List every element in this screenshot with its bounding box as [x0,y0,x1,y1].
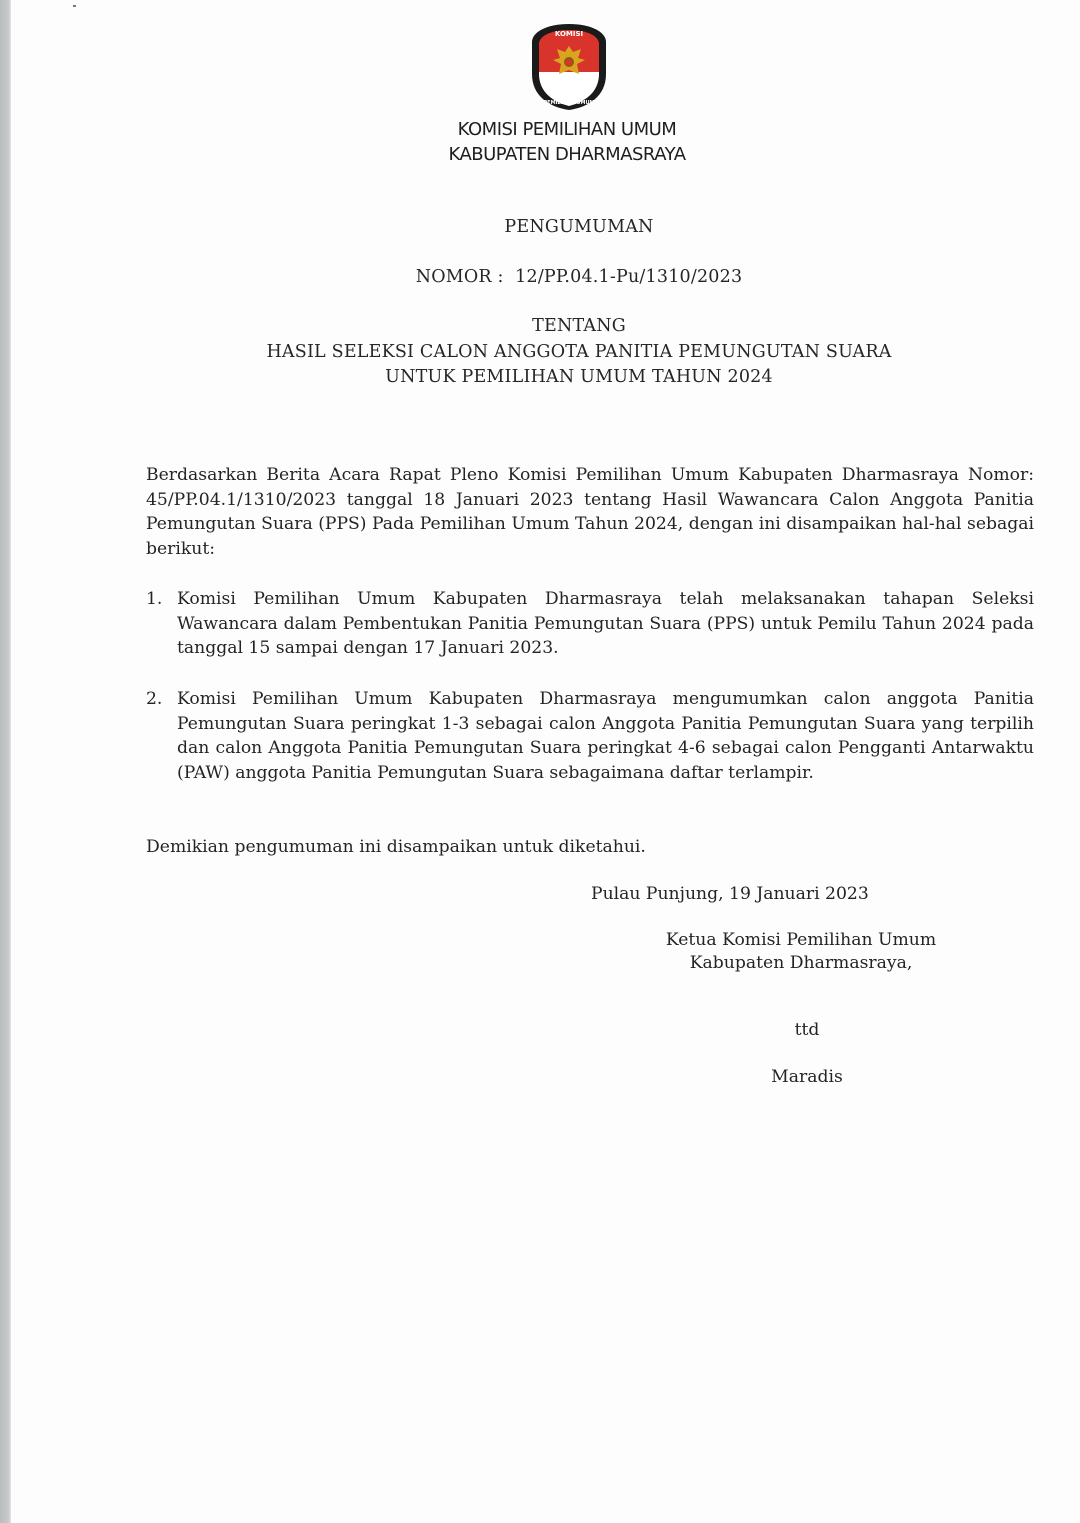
signatory-name: Maradis [711,1066,903,1089]
svg-text:KOMISI: KOMISI [555,30,583,38]
document-title: PENGUMUMAN [11,217,1080,237]
signatory-position-line-1: Ketua Komisi Pemilihan Umum [611,929,991,952]
organization-name: KOMISI PEMILIHAN UMUM [11,119,1080,140]
subject-line-1: HASIL SELEKSI CALON ANGGOTA PANITIA PEMU… [11,342,1080,362]
signed-marker: ttd [711,1019,903,1042]
document-page: KOMISI PEMILIHAN UMUM KOMISI PEMILIHAN U… [11,0,1080,1523]
subject-line-2: UNTUK PEMILIHAN UMUM TAHUN 2024 [11,367,1080,387]
place-date: Pulau Punjung, 19 Januari 2023 [591,883,869,906]
list-item: 1. Komisi Pemilihan Umum Kabupaten Dharm… [146,587,1034,661]
closing-sentence: Demikian pengumuman ini disampaikan untu… [146,835,1034,860]
kpu-garuda-emblem-icon: KOMISI PEMILIHAN UMUM [529,22,609,110]
list-item-number: 1. [146,587,162,612]
list-item: 2. Komisi Pemilihan Umum Kabupaten Dharm… [146,687,1034,785]
organization-region: KABUPATEN DHARMASRAYA [11,144,1080,165]
scan-speck [73,5,76,7]
scan-edge [0,0,11,1523]
list-item-text: Komisi Pemilihan Umum Kabupaten Dharmasr… [177,687,1034,785]
signatory-position: Ketua Komisi Pemilihan Umum Kabupaten Dh… [611,929,991,975]
about-label: TENTANG [11,316,1080,336]
list-item-number: 2. [146,687,162,712]
list-item-text: Komisi Pemilihan Umum Kabupaten Dharmasr… [177,587,1034,661]
document-number: NOMOR : 12/PP.04.1-Pu/1310/2023 [11,267,1080,287]
svg-text:PEMILIHAN UMUM: PEMILIHAN UMUM [543,100,594,106]
intro-paragraph: Berdasarkan Berita Acara Rapat Pleno Kom… [146,463,1034,561]
signatory-position-line-2: Kabupaten Dharmasraya, [611,952,991,975]
